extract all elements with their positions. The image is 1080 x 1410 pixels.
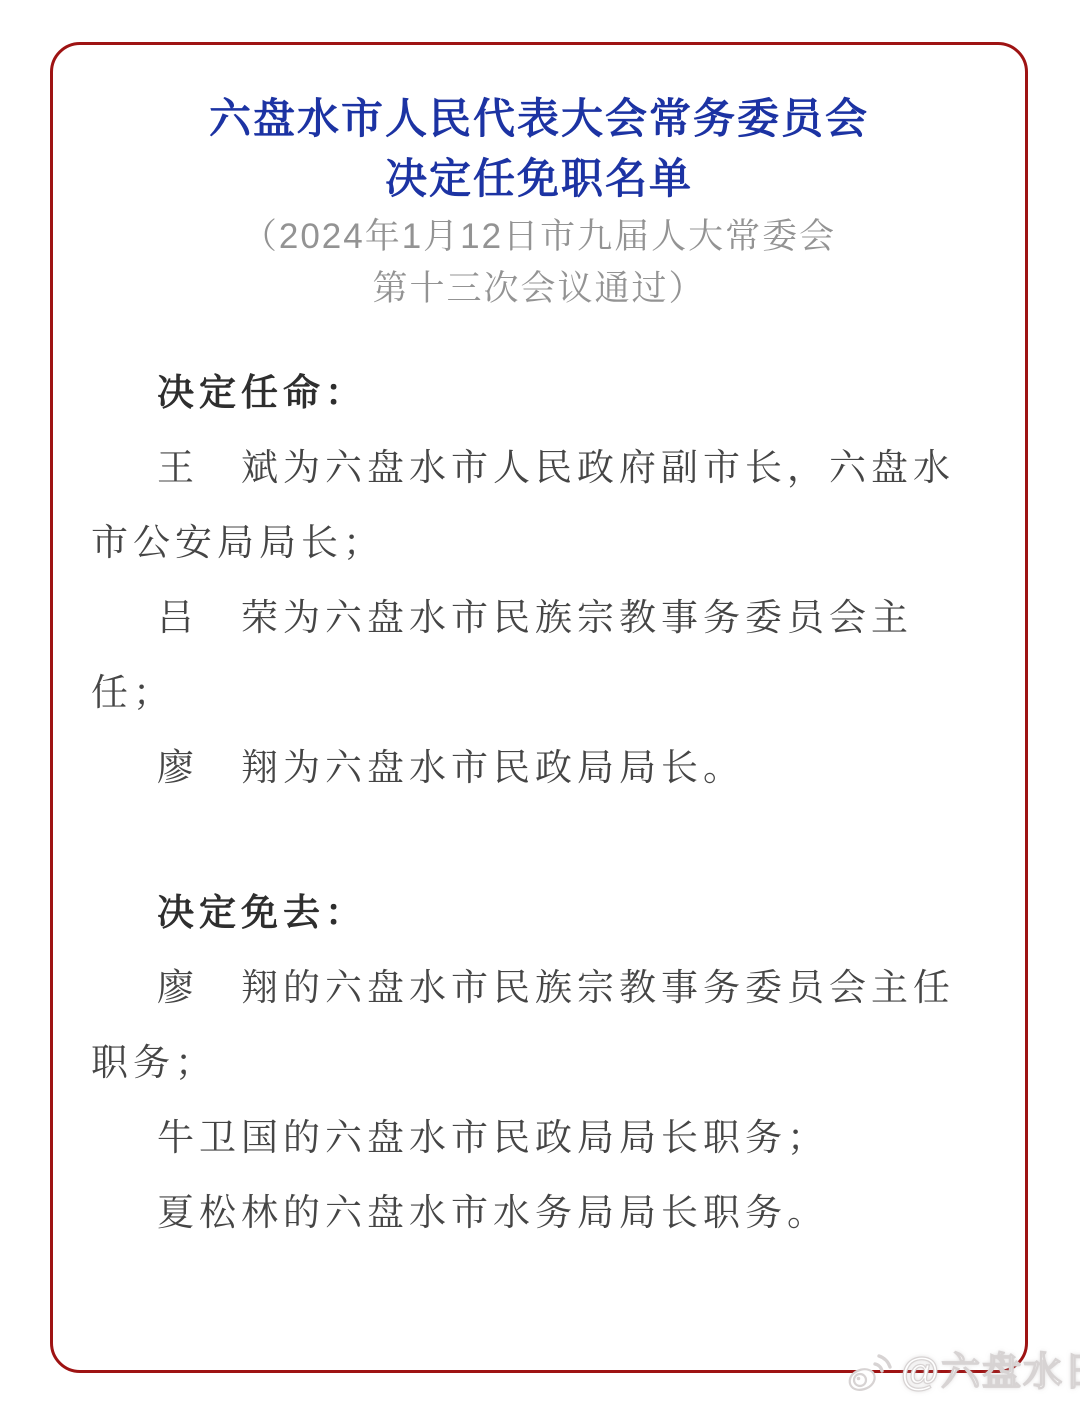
notice-title: 六盘水市人民代表大会常务委员会 决定任免职名单 — [88, 89, 990, 209]
removal-paragraph: 廖 翔的六盘水市民族宗教事务委员会主任 职务； — [91, 950, 987, 1100]
notice-body: 决定任命： 王 斌为六盘水市人民政府副市长，六盘水 市公安局局长； 吕 荣为六盘… — [88, 355, 990, 1250]
appointment-paragraph: 王 斌为六盘水市人民政府副市长，六盘水 市公安局局长； — [91, 430, 987, 580]
notice-subtitle: （2024年1月12日市九届人大常委会 第十三次会议通过） — [88, 211, 990, 315]
appointment-paragraph: 廖 翔为六盘水市民政局局长。 — [91, 730, 987, 805]
notice-card: 六盘水市人民代表大会常务委员会 决定任免职名单 （2024年1月12日市九届人大… — [50, 42, 1028, 1373]
appointment-line: 廖 翔为六盘水市民政局局长。 — [91, 730, 987, 805]
title-line-2: 决定任免职名单 — [88, 149, 990, 209]
appointment-line: 王 斌为六盘水市人民政府副市长，六盘水 — [91, 430, 987, 505]
removal-paragraph: 夏松林的六盘水市水务局局长职务。 — [91, 1175, 987, 1250]
removal-line: 职务； — [91, 1025, 987, 1100]
watermark: @六盘水日报 — [845, 1338, 1080, 1400]
removal-paragraph: 牛卫国的六盘水市民政局局长职务； — [91, 1100, 987, 1175]
appointment-line: 任； — [91, 655, 987, 730]
appointment-paragraph: 吕 荣为六盘水市民族宗教事务委员会主 任； — [91, 580, 987, 730]
appointment-line: 市公安局局长； — [91, 505, 987, 580]
subtitle-line-1: （2024年1月12日市九届人大常委会 — [88, 211, 990, 263]
removal-line: 牛卫国的六盘水市民政局局长职务； — [91, 1100, 987, 1175]
removal-line: 廖 翔的六盘水市民族宗教事务委员会主任 — [91, 950, 987, 1025]
removal-line: 夏松林的六盘水市水务局局长职务。 — [91, 1175, 987, 1250]
section-heading-appointments: 决定任命： — [91, 355, 987, 430]
weibo-icon — [845, 1348, 897, 1400]
section-heading-removals: 决定免去： — [91, 875, 987, 950]
page: { "colors": { "card_border": "#9e1313", … — [0, 0, 1080, 1410]
watermark-handle: @六盘水日报 — [901, 1341, 1080, 1397]
subtitle-line-2: 第十三次会议通过） — [88, 263, 990, 315]
title-line-1: 六盘水市人民代表大会常务委员会 — [88, 89, 990, 149]
appointment-line: 吕 荣为六盘水市民族宗教事务委员会主 — [91, 580, 987, 655]
